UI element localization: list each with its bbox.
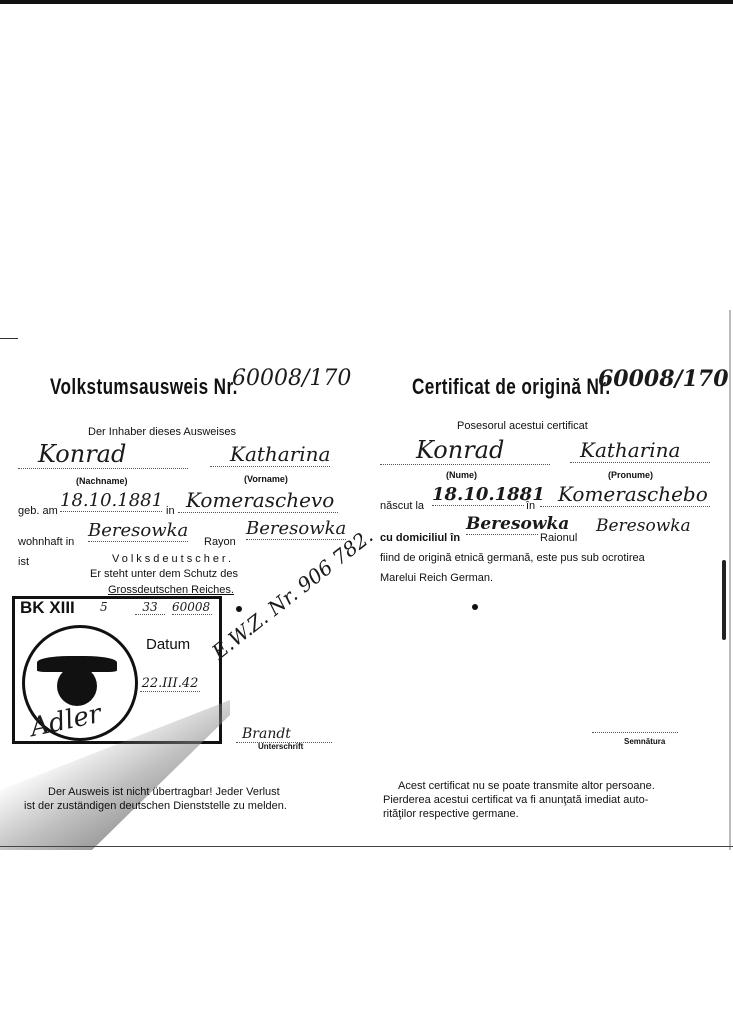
romanian-title: Certificat de origină Nr.: [412, 374, 611, 400]
romanian-residence: Beresowka: [466, 514, 538, 535]
german-rayon-label: Rayon: [204, 536, 236, 548]
stamp-ref2: 33: [135, 600, 165, 615]
romanian-birthplace: Komeraschebo: [540, 482, 710, 507]
romanian-rayon: Beresowka: [596, 516, 691, 536]
romanian-born-date: 18.10.1881: [432, 484, 524, 506]
punch-dot: [236, 606, 242, 612]
german-surname: Konrad: [18, 440, 188, 469]
german-signature-label: Unterschrift: [258, 742, 303, 751]
romanian-surname-label: (Nume): [446, 470, 477, 480]
german-residence-label: wohnhaft in: [18, 536, 74, 548]
stamp-date-label: Datum: [146, 636, 190, 653]
romanian-signature-line: [592, 720, 678, 733]
german-notice-line2: ist der zuständigen deutschen Dienststel…: [24, 800, 287, 812]
romanian-born-label: născut la: [380, 500, 424, 512]
german-born-date: 18.10.1881: [60, 490, 162, 512]
german-firstname: Katharina: [210, 442, 330, 467]
romanian-notice-line2: Pierderea acestui certificat va fi anunţ…: [383, 794, 648, 806]
scan-top-border: [0, 0, 733, 4]
german-title: Volkstumsausweis Nr.: [50, 374, 238, 400]
stamp-ref1: 5: [100, 600, 108, 614]
corner-mark: [0, 338, 18, 353]
romanian-notice-line3: rităţilor respective germane.: [383, 808, 519, 820]
binding-mark: [722, 560, 726, 640]
stamp-date-value: 22.III.42: [140, 676, 200, 692]
german-holder-label: Der Inhaber dieses Ausweises: [88, 426, 236, 438]
romanian-origin-line1: fiind de origină etnică germană, este pu…: [380, 552, 645, 564]
romanian-rayon-label: Raionul: [540, 532, 577, 544]
german-number: 60008/170: [232, 366, 351, 391]
romanian-residence-label: cu domiciliul în: [380, 532, 460, 544]
german-rayon: Beresowka: [246, 518, 346, 540]
punch-dot-right: [472, 604, 478, 610]
german-status: Volksdeutscher.: [112, 553, 234, 565]
german-born-label: geb. am: [18, 505, 58, 517]
german-residence: Beresowka: [88, 520, 188, 542]
german-notice-line1: Der Ausweis ist nicht übertragbar! Jeder…: [48, 786, 280, 798]
german-protection-line2: Grossdeutschen Reiches.: [108, 584, 234, 596]
romanian-surname: Konrad: [380, 436, 550, 465]
german-protection-line1: Er steht unter dem Schutz des: [90, 568, 238, 580]
german-signature: Brandt: [236, 726, 332, 743]
romanian-signature-label: Semnătura: [624, 737, 665, 746]
romanian-firstname-label: (Pronume): [608, 470, 653, 480]
romanian-firstname: Katharina: [570, 438, 710, 463]
german-ist-label: ist: [18, 556, 29, 568]
romanian-in-label: în: [526, 500, 535, 512]
german-firstname-label: (Vorname): [244, 474, 288, 484]
romanian-origin-line2: Marelui Reich German.: [380, 572, 493, 584]
page-edge: [729, 310, 731, 850]
german-birthplace: Komeraschevo: [178, 488, 338, 513]
romanian-notice-line1: Acest certificat nu se poate transmite a…: [398, 780, 655, 792]
document-bottom-edge: [0, 846, 733, 847]
german-surname-label: (Nachname): [76, 476, 128, 486]
stamp-code: BK XIII: [20, 598, 75, 618]
stamp-ref3: 60008: [172, 600, 212, 615]
romanian-holder-label: Posesorul acestui certificat: [457, 420, 588, 432]
german-in-label: in: [166, 505, 175, 517]
romanian-number: 60008/170: [598, 366, 729, 392]
